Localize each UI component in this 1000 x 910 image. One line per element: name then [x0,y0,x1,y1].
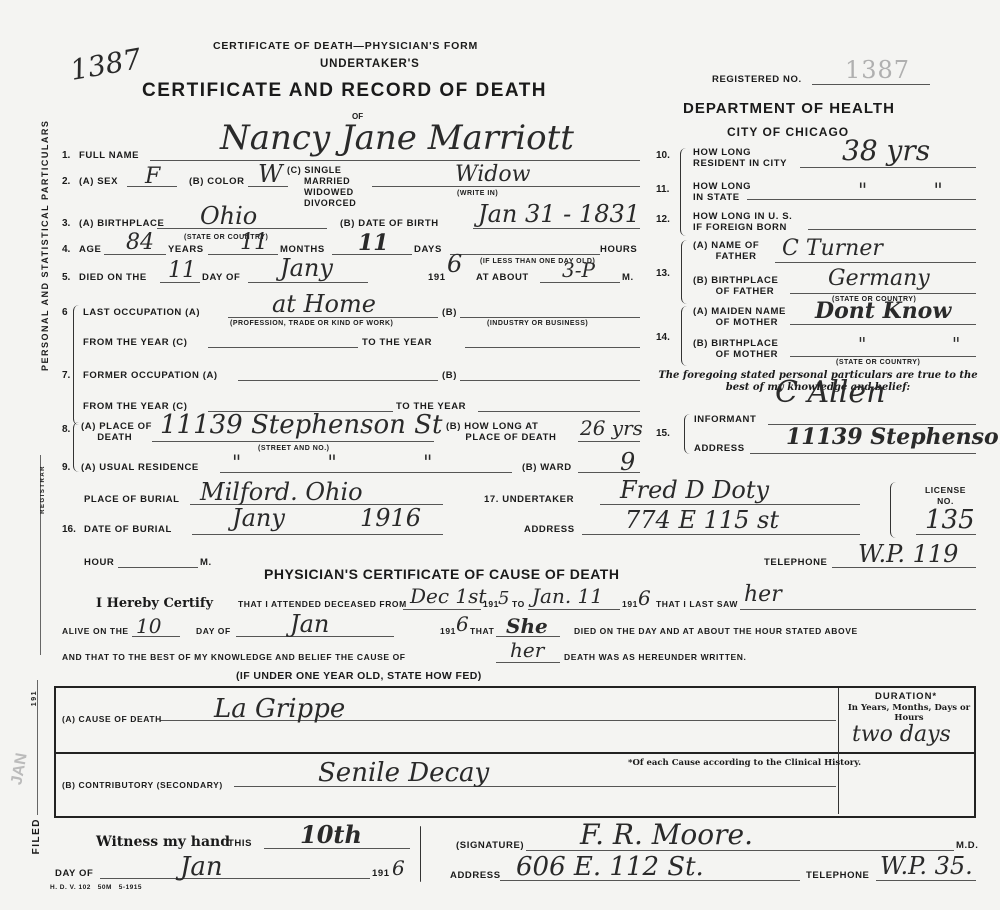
color-field[interactable]: W [258,160,283,188]
to-year-label: TO THE YEAR [362,337,432,348]
personal-particulars-margin-label: PERSONAL AND STATISTICAL PARTICULARS [40,95,50,395]
day-of-label: DAY OF [202,272,240,283]
registrar-margin-label: REGISTRAR [40,465,46,514]
cause-pronoun-field[interactable]: her [510,638,544,662]
father-birthplace-field[interactable]: Germany [828,266,930,291]
duration-footnote: *Of each Cause according to the Clinical… [628,758,861,768]
contributory-cause-field[interactable]: Senile Decay [318,758,489,788]
cause-of-death-field[interactable]: La Grippe [214,694,345,724]
date-of-burial-field[interactable]: Jany [232,504,285,532]
informant-address-field[interactable]: 11139 Stephenson [786,424,1000,450]
death-year-prefix: 191 [428,272,446,283]
witness-label: Witness my hand [96,834,230,850]
mother-birthplace-label: (b) Birthplace of Mother [693,338,778,360]
former-industry-b-label: (b) [442,370,457,381]
m-label: M. [622,272,634,283]
item-num-9: 9. [62,462,70,473]
undertakers-label: UNDERTAKER'S [320,58,420,70]
filed-year-label: 191 [31,690,38,706]
undertaker-label: 17. UNDERTAKER [484,494,574,505]
filed-margin-label: FILED [31,818,42,854]
undertaker-phone-label: TELEPHONE [764,557,827,568]
duration-subtitle: In Years, Months, Days or Hours [846,703,972,723]
died-on-label: DIED ON THE [79,272,147,283]
father-name-field[interactable]: C Turner [782,236,883,261]
md-label: M.D. [956,840,978,851]
date-of-birth-label: (b) DATE OF BIRTH [340,218,439,229]
physician-phone-field[interactable]: W.P. 35. [880,852,973,880]
item-num-3: 3. [62,218,70,229]
mother-maiden-field[interactable]: Dont Know [815,298,951,324]
alive-year-field[interactable]: 6 [456,612,469,636]
how-long-at-place-label: (b) How Long at Place of Death [446,421,557,443]
item-num-5: 5. [62,272,70,283]
physician-address-label: ADDRESS [450,870,501,881]
alive-day-of-label: DAY OF [196,626,231,636]
died-stated-text: DIED ON THE DAY AND AT ABOUT THE HOUR ST… [574,626,858,636]
color-label: (b) COLOR [189,176,245,187]
resident-city-field[interactable]: 38 yrs [842,134,930,167]
from-year-prefix: 191 [483,599,499,609]
physician-section-title: PHYSICIAN'S CERTIFICATE OF CAUSE OF DEAT… [264,566,619,582]
at-about-label: AT ABOUT [476,272,529,283]
attended-from-field[interactable]: Dec 1st [410,584,486,608]
witness-day-field[interactable]: 10th [300,820,362,849]
license-field[interactable]: 135 [925,505,975,535]
item-num-4: 4. [62,244,70,255]
item-num-15: 15. [656,428,670,439]
sex-label: (a) SEX [79,176,118,187]
mother-maiden-label: (a) Maiden Name of Mother [693,306,786,328]
item-num-14: 14. [656,332,670,343]
age-months-field[interactable]: 11 [240,230,268,255]
burial-year-field[interactable]: 1916 [360,504,421,532]
in-state-label: How LongIn State [693,181,751,203]
form-code: H. D. V. 102 50M 5-1915 [50,884,142,891]
alive-year-prefix: 191 [440,626,456,636]
former-occupation-label: FORMER OCCUPATION (a) [83,370,218,381]
in-us-label: How Long in U. S.If Foreign Born [693,211,792,233]
duration-field[interactable]: two days [852,722,951,747]
witness-year-prefix: 191 [372,868,390,879]
license-label: LicenseNo. [925,485,966,507]
industry-hint: (INDUSTRY OR BUSINESS) [487,320,588,327]
margin-number: 1387 [68,42,144,87]
attended-label: THAT I ATTENDED DECEASED FROM [238,599,407,609]
mother-state-hint: (STATE OR COUNTRY) [836,359,920,366]
last-saw-field[interactable]: her [744,582,782,607]
department-title: DEPARTMENT OF HEALTH [683,100,895,117]
informant-label: INFORMANT [694,414,756,425]
date-of-burial-label: DATE OF BURIAL [84,524,172,535]
item-num-7: 7. [62,370,70,381]
witness-year-field[interactable]: 6 [392,856,405,880]
death-day-field[interactable]: 11 [168,258,196,283]
usual-residence-label: (a) USUAL RESIDENCE [81,462,199,473]
registered-label: REGISTERED NO. [712,74,802,85]
item-num-6: 6 [62,307,68,318]
undertaker-address-label: ADDRESS [524,524,575,535]
father-name-label: (a) Name of Father [693,240,759,262]
alive-day-field[interactable]: 10 [136,614,161,638]
mother-birthplace-field[interactable]: " " [858,334,1000,355]
item-num-2: 2. [62,176,70,187]
death-year-field[interactable]: 6 [447,250,462,278]
page-title: CERTIFICATE AND RECORD OF DEATH [142,80,547,102]
to-label: TO [512,599,525,609]
registered-number: 1387 [845,56,910,84]
last-occupation-label: LAST OCCUPATION (a) [83,307,200,318]
marital-options: (c) SINGLE MARRIED WIDOWED DIVORCED [287,165,356,209]
cause-label: (a) CAUSE OF DEATH [62,714,162,724]
undertaker-phone-field[interactable]: W.P. 119 [858,540,958,568]
in-state-field[interactable]: " " [858,178,973,202]
item-num-11: 11. [656,184,669,195]
industry-b-label: (b) [442,307,457,318]
death-time-field[interactable]: 3-P [562,258,595,282]
witness-month-field[interactable]: Jan [180,852,223,882]
age-label: AGE [79,244,101,255]
informant-signature[interactable]: C Allen [775,375,885,410]
contributory-label: (b) CONTRIBUTORY (SECONDARY) [62,780,223,790]
item-num-16: 16. [62,524,76,535]
industry-field[interactable] [460,307,640,319]
form-type-line: CERTIFICATE OF DEATH—PHYSICIAN'S FORM [213,40,478,52]
this-label: THIS [228,838,252,849]
place-of-burial-label: PLACE OF BURIAL [84,494,180,505]
usual-residence-field[interactable]: " " " [232,450,472,474]
item-num-1: 1. [62,150,70,161]
duration-title: DURATION* [875,691,937,702]
place-of-death-field[interactable]: 11139 Stephenson St [160,410,442,440]
birthplace-label: (a) BIRTHPLACE [79,218,164,229]
item-num-8: 8. [62,424,70,435]
from-year-label: FROM THE YEAR (c) [83,337,188,348]
father-birthplace-label: (b) Birthplace of Father [693,275,778,297]
death-month-field[interactable]: Jany [280,254,333,282]
age-days-field[interactable]: 11 [358,230,389,256]
item-num-12: 12. [656,214,670,225]
ward-label: (b) WARD [522,462,572,473]
certify-label: I Hereby Certify [96,596,213,611]
witness-day-of-label: DAY OF [55,868,93,879]
to-year-prefix: 191 [622,599,638,609]
ward-field[interactable]: 9 [620,448,635,476]
burial-hour-label: HOUR [84,557,114,568]
write-in-hint: (WRITE IN) [457,190,498,197]
attended-to-field[interactable]: Jan. 11 [532,584,603,608]
last-saw-label: THAT I LAST SAW [656,599,738,609]
filed-stamp: JAN [8,752,31,787]
birthplace-field[interactable]: Ohio [200,202,257,230]
fed-note: (IF UNDER ONE YEAR OLD, STATE HOW FED) [236,670,482,682]
place-of-death-label: (a) Place of Death [81,421,152,443]
full-name-label: FULL NAME [79,150,139,161]
city-title: CITY OF CHICAGO [727,125,849,139]
that-label: THAT [470,626,494,636]
physician-signature-field[interactable]: F. R. Moore. [580,818,753,851]
profession-hint: (PROFESSION, TRADE OR KIND OF WORK) [230,320,393,327]
age-years-field[interactable]: 84 [126,230,154,255]
marital-status-field[interactable]: Widow [455,162,530,187]
last-occupation-field[interactable]: at Home [272,290,376,318]
undertaker-address-field[interactable]: 774 E 115 st [625,506,779,534]
sex-field[interactable]: F [145,164,160,189]
item-num-10: 10. [656,150,670,161]
signature-label: (SIGNATURE) [456,840,524,851]
undertaker-field[interactable]: Fred D Doty [620,476,769,504]
resident-city-label: How LongResident in City [693,147,787,169]
alive-on-label: ALIVE ON THE [62,626,129,636]
full-name-field[interactable]: Nancy Jane Marriott [220,118,574,158]
physician-phone-label: TELEPHONE [806,870,869,881]
pronoun-field[interactable]: She [506,614,548,638]
place-of-burial-field[interactable]: Milford. Ohio [200,478,363,506]
years-label: YEARS [168,244,204,255]
item-num-13: 13. [656,268,670,279]
physician-address-field[interactable]: 606 E. 112 St. [516,852,704,882]
burial-hour-m-label: M. [200,557,212,568]
informant-address-label: ADDRESS [694,443,745,454]
how-long-at-place-field[interactable]: 26 yrs [580,416,643,440]
alive-month-field[interactable]: Jan [290,610,329,638]
date-of-birth-field[interactable]: Jan 31 - 1831 [478,200,640,228]
hours-label: HOURS [600,244,637,255]
best-knowledge-text: AND THAT TO THE BEST OF MY KNOWLEDGE AND… [62,652,406,662]
written-text: DEATH WAS AS HEREUNDER WRITTEN. [564,652,746,662]
attended-from-year[interactable]: 5 [498,588,509,609]
attended-to-year[interactable]: 6 [638,586,651,610]
days-label: DAYS [414,244,442,255]
